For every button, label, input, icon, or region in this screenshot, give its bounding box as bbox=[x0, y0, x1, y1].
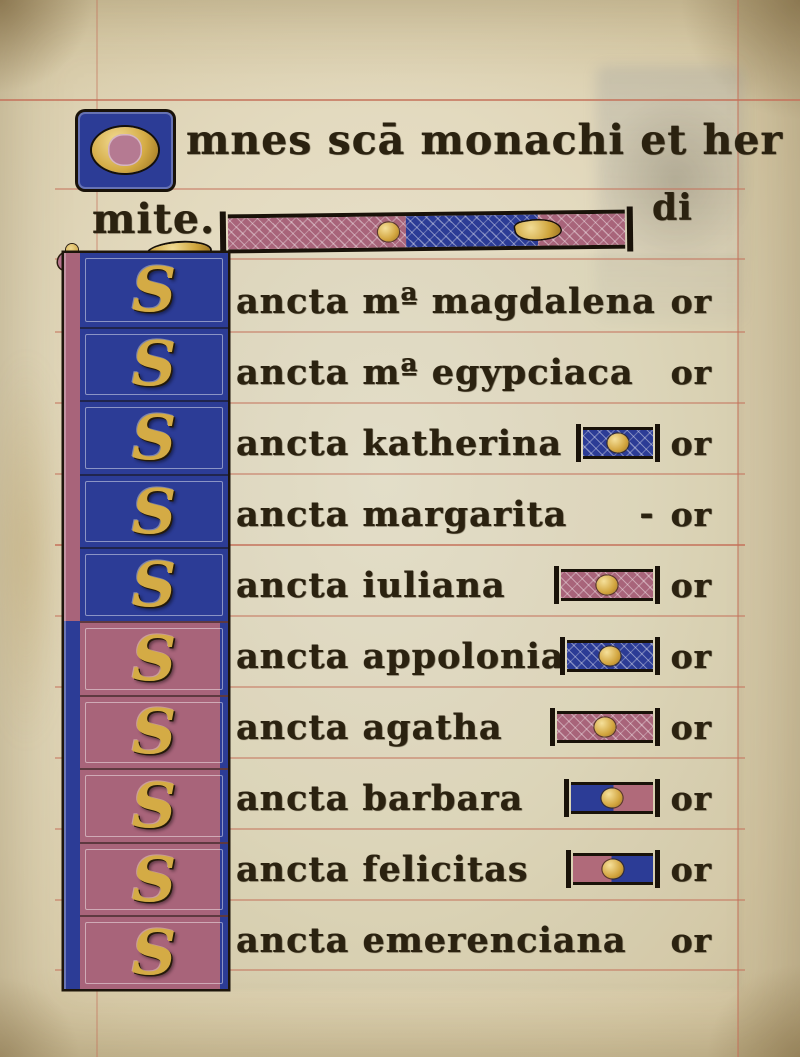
illuminated-initial-S: S bbox=[80, 842, 228, 916]
illuminated-initial-S: S bbox=[80, 695, 228, 769]
illuminated-initial-S: S bbox=[80, 474, 228, 548]
line-filler-panel-blue bbox=[583, 427, 653, 459]
litany-row: ancta agatha or bbox=[236, 698, 712, 756]
saint-name: ancta iuliana bbox=[236, 568, 506, 603]
gold-letter-S: S bbox=[132, 554, 177, 616]
line-filler-panel-pink bbox=[561, 569, 653, 601]
gold-letter-S: S bbox=[132, 259, 177, 321]
header-line-2-end: di bbox=[652, 190, 693, 226]
column-border-band-pink bbox=[64, 253, 81, 621]
header-line-2: mite. bbox=[92, 199, 215, 240]
header-line-1: mnes scā monachi et her bbox=[186, 120, 783, 161]
saint-name: ancta mª egypciaca bbox=[236, 355, 634, 390]
saint-name: ancta barbara bbox=[236, 781, 523, 816]
response-abbrev: or bbox=[671, 427, 712, 460]
response-abbrev: or bbox=[671, 924, 712, 957]
response-abbrev: or bbox=[671, 569, 712, 602]
litany-row: ancta emerenciana or bbox=[236, 911, 712, 969]
gold-letter-S: S bbox=[132, 701, 177, 763]
illuminated-initial-S: S bbox=[80, 327, 228, 401]
gold-dot-ornament bbox=[599, 647, 620, 666]
response-abbrev: or bbox=[671, 285, 712, 318]
gold-letter-S: S bbox=[132, 922, 177, 984]
gold-letter-S: S bbox=[132, 407, 177, 469]
line-filler-panel-pink-blue bbox=[573, 853, 653, 885]
litany-row: ancta mª magdalena or bbox=[236, 272, 712, 330]
litany-row: ancta appolonia or bbox=[236, 627, 712, 685]
ruling-line-horizontal bbox=[0, 99, 800, 101]
initial-letter-O: O bbox=[78, 112, 79, 113]
gold-letter-S: S bbox=[132, 481, 177, 543]
litany-row: ancta mª egypciaca or bbox=[236, 343, 712, 401]
saint-name: ancta felicitas bbox=[236, 852, 529, 887]
gold-letter-S: S bbox=[132, 333, 177, 395]
manuscript-page: O mnes scā monachi et her mite. di S S S… bbox=[0, 0, 800, 1057]
saint-name: ancta mª magdalena bbox=[236, 284, 656, 319]
initial-cells: S S S S S S S S S S bbox=[80, 253, 228, 989]
response-abbrev: or bbox=[671, 640, 712, 673]
saint-name: ancta agatha bbox=[236, 710, 503, 745]
gold-letter-S: S bbox=[132, 775, 177, 837]
illuminated-initial-S: S bbox=[80, 253, 228, 327]
response-abbrev: or bbox=[671, 711, 712, 744]
left-edge-stain bbox=[0, 350, 66, 750]
litany-row: ancta margarita - or bbox=[236, 485, 712, 543]
line-filler-panel-blue-pink bbox=[571, 782, 653, 814]
gold-letter-S: S bbox=[132, 849, 177, 911]
line-filler-bar bbox=[228, 210, 625, 254]
litany-row: ancta katherina or bbox=[236, 414, 712, 472]
illuminated-initial-S: S bbox=[80, 400, 228, 474]
initial-core-ornament bbox=[108, 134, 142, 166]
litany-row: ancta barbara or bbox=[236, 769, 712, 827]
filler-dash: - bbox=[639, 497, 654, 531]
response-abbrev: or bbox=[671, 782, 712, 815]
illuminated-initial-S: S bbox=[80, 768, 228, 842]
gold-dot-ornament bbox=[601, 789, 622, 808]
line-filler-panel-blue bbox=[567, 640, 653, 672]
saint-name: ancta margarita bbox=[236, 497, 567, 532]
illuminated-initial-S: S bbox=[80, 915, 228, 989]
gold-dot-ornament bbox=[594, 718, 615, 737]
response-abbrev: or bbox=[671, 498, 712, 531]
gold-dot-ornament bbox=[602, 860, 623, 879]
column-border-band-blue bbox=[64, 621, 81, 989]
litany-row: ancta iuliana or bbox=[236, 556, 712, 614]
illuminated-initial-O-panel: O bbox=[78, 112, 173, 189]
illuminated-initial-S: S bbox=[80, 547, 228, 621]
litany-row: ancta felicitas or bbox=[236, 840, 712, 898]
illuminated-initial-S: S bbox=[80, 621, 228, 695]
saint-name: ancta appolonia bbox=[236, 639, 565, 674]
gold-dot-ornament bbox=[607, 434, 628, 453]
saint-name: ancta katherina bbox=[236, 426, 562, 461]
response-abbrev: or bbox=[671, 853, 712, 886]
response-abbrev: or bbox=[671, 356, 712, 389]
gold-letter-S: S bbox=[132, 628, 177, 690]
gold-letter-O bbox=[92, 127, 158, 173]
gold-dot-ornament bbox=[596, 576, 617, 595]
line-filler-panel-pink bbox=[557, 711, 653, 743]
saint-name: ancta emerenciana bbox=[236, 923, 627, 958]
illuminated-initial-column: S S S S S S S S S S bbox=[64, 253, 228, 989]
